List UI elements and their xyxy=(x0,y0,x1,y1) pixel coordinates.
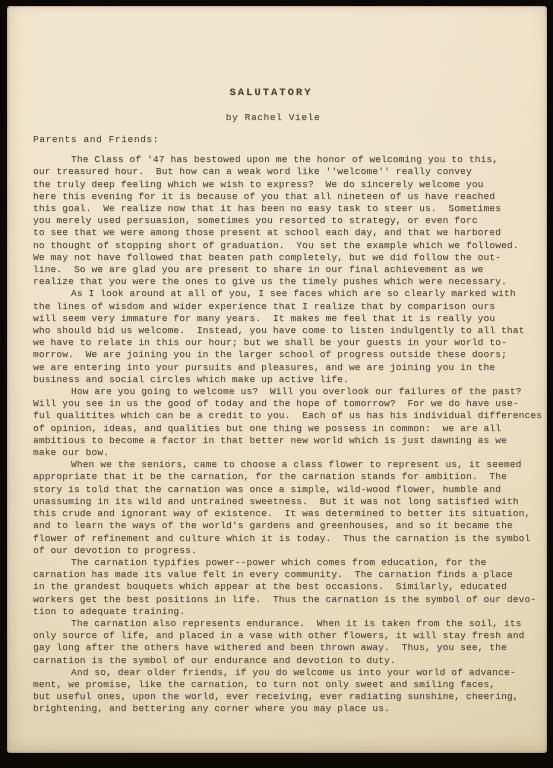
paragraph: How are you going to welcome us? Will yo… xyxy=(33,386,533,459)
paragraph: The Class of '47 has bestowed upon me th… xyxy=(33,154,533,288)
document-page: SALUTATORY by Rachel Viele Parents and F… xyxy=(7,6,547,753)
document-body: The Class of '47 has bestowed upon me th… xyxy=(33,154,533,715)
page-title: SALUTATORY xyxy=(21,6,521,99)
paragraph: The carnation typifies power--power whic… xyxy=(33,557,533,618)
paragraph: And so, dear older friends, if you do we… xyxy=(33,667,533,716)
paragraph: The carnation also represents endurance.… xyxy=(33,618,533,667)
page-content: SALUTATORY by Rachel Viele Parents and F… xyxy=(7,6,547,753)
salutation: Parents and Friends: xyxy=(33,134,533,146)
scan-frame: SALUTATORY by Rachel Viele Parents and F… xyxy=(0,0,553,768)
paragraph: When we the seniors, came to choose a cl… xyxy=(33,459,533,557)
paragraph: As I look around at all of you, I see fa… xyxy=(33,288,533,386)
byline: by Rachel Viele xyxy=(23,112,523,124)
